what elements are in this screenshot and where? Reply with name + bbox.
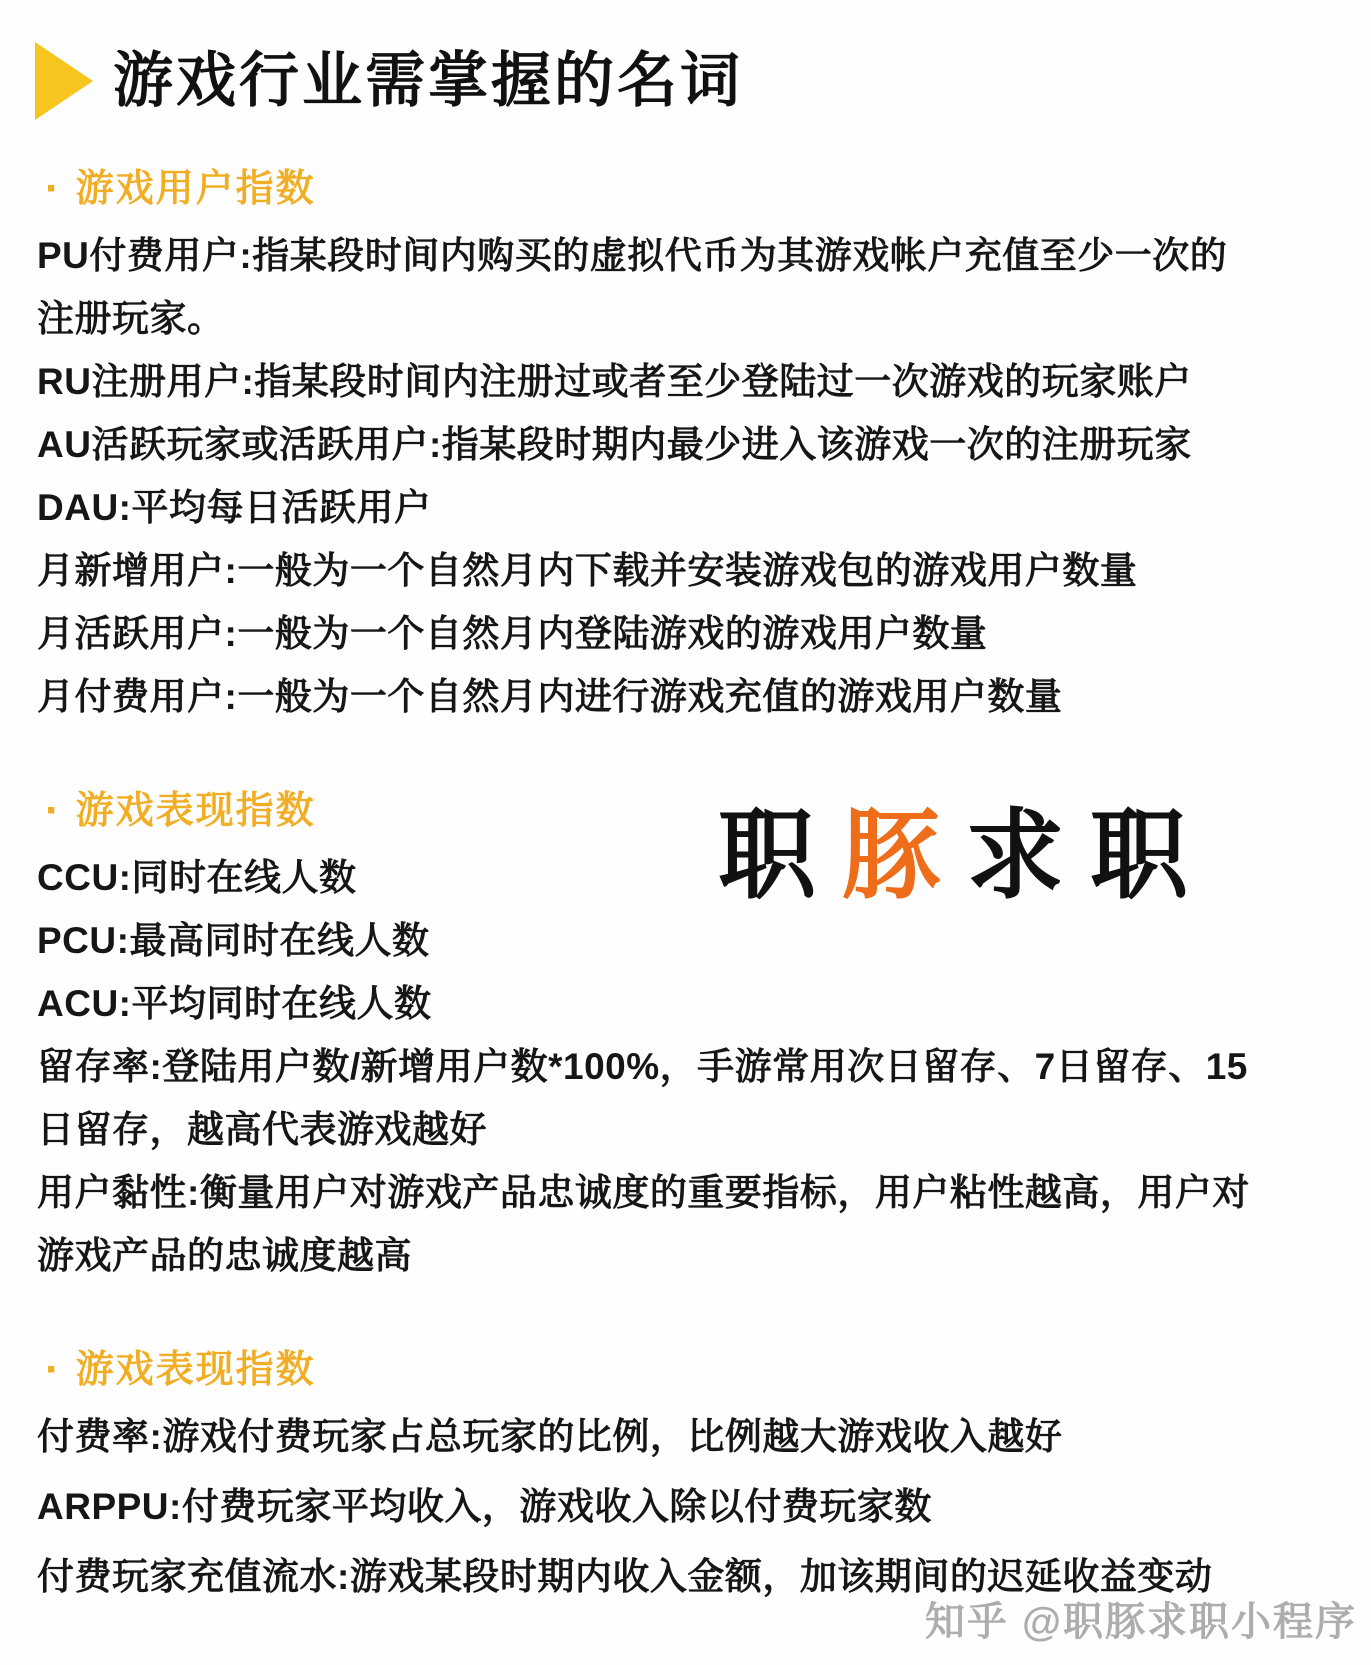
- definition-item: PU付费用户:指某段时间内购买的虚拟代币为其游戏帐户充值至少一次的注册玩家。: [37, 224, 1255, 350]
- definition-item: 用户黏性:衡量用户对游戏产品忠诚度的重要指标，用户粘性越高，用户对游戏产品的忠诚…: [37, 1161, 1255, 1287]
- definition-item: 付费率:游戏付费玩家占总玩家的比例，比例越大游戏收入越好: [37, 1405, 1255, 1468]
- page-title: 游戏行业需掌握的名词: [113, 48, 743, 114]
- definition-item: 月活跃用户:一般为一个自然月内登陆游戏的游戏用户数量: [37, 602, 1255, 665]
- definition-item: 月付费用户:一般为一个自然月内进行游戏充值的游戏用户数量: [37, 665, 1255, 728]
- section-heading-row: · 游戏表现指数: [0, 1345, 1371, 1395]
- definition-item: 留存率:登陆用户数/新增用户数*100%，手游常用次日留存、7日留存、15日留存…: [37, 1035, 1255, 1161]
- section-heading: 游戏表现指数: [76, 1345, 316, 1395]
- brand-logo-watermark: 职豚求职: [718, 806, 1214, 904]
- section-heading-row: · 游戏用户指数: [0, 164, 1371, 214]
- infographic-page: 游戏行业需掌握的名词 · 游戏用户指数 PU付费用户:指某段时间内购买的虚拟代币…: [0, 0, 1371, 1665]
- definition-item: RU注册用户:指某段时间内注册过或者至少登陆过一次游戏的玩家账户: [37, 350, 1255, 413]
- title-row: 游戏行业需掌握的名词: [0, 0, 1371, 120]
- definition-item: ACU:平均同时在线人数: [37, 972, 1255, 1035]
- play-triangle-icon: [35, 42, 93, 120]
- definition-item: ARPPU:付费玩家平均收入，游戏收入除以付费玩家数: [37, 1475, 1255, 1538]
- section-heading: 游戏表现指数: [76, 786, 316, 836]
- section-heading: 游戏用户指数: [76, 164, 316, 214]
- definition-item: AU活跃玩家或活跃用户:指某段时期内最少进入该游戏一次的注册玩家: [37, 413, 1255, 476]
- logo-char-orange: 豚: [842, 800, 966, 910]
- bullet-dot-icon: ·: [45, 164, 60, 214]
- bullet-dot-icon: ·: [45, 1345, 60, 1395]
- zhihu-source-watermark: 知乎 @职豚求职小程序: [925, 1590, 1357, 1647]
- logo-char: 职: [718, 800, 842, 910]
- bullet-dot-icon: ·: [45, 786, 60, 836]
- definition-item: PCU:最高同时在线人数: [37, 909, 1255, 972]
- section-game-payment-index: · 游戏表现指数 付费率:游戏付费玩家占总玩家的比例，比例越大游戏收入越好 AR…: [0, 1345, 1371, 1608]
- definition-item: DAU:平均每日活跃用户: [37, 476, 1255, 539]
- definition-item: 月新增用户:一般为一个自然月内下载并安装游戏包的游戏用户数量: [37, 539, 1255, 602]
- section-game-user-index: · 游戏用户指数 PU付费用户:指某段时间内购买的虚拟代币为其游戏帐户充值至少一…: [0, 164, 1371, 728]
- definition-list: 付费率:游戏付费玩家占总玩家的比例，比例越大游戏收入越好 ARPPU:付费玩家平…: [0, 1405, 1371, 1608]
- logo-char: 求: [966, 800, 1090, 910]
- definition-list: CCU:同时在线人数 PCU:最高同时在线人数 ACU:平均同时在线人数 留存率…: [0, 846, 1371, 1287]
- definition-list: PU付费用户:指某段时间内购买的虚拟代币为其游戏帐户充值至少一次的注册玩家。 R…: [0, 224, 1371, 728]
- logo-char: 职: [1090, 800, 1214, 910]
